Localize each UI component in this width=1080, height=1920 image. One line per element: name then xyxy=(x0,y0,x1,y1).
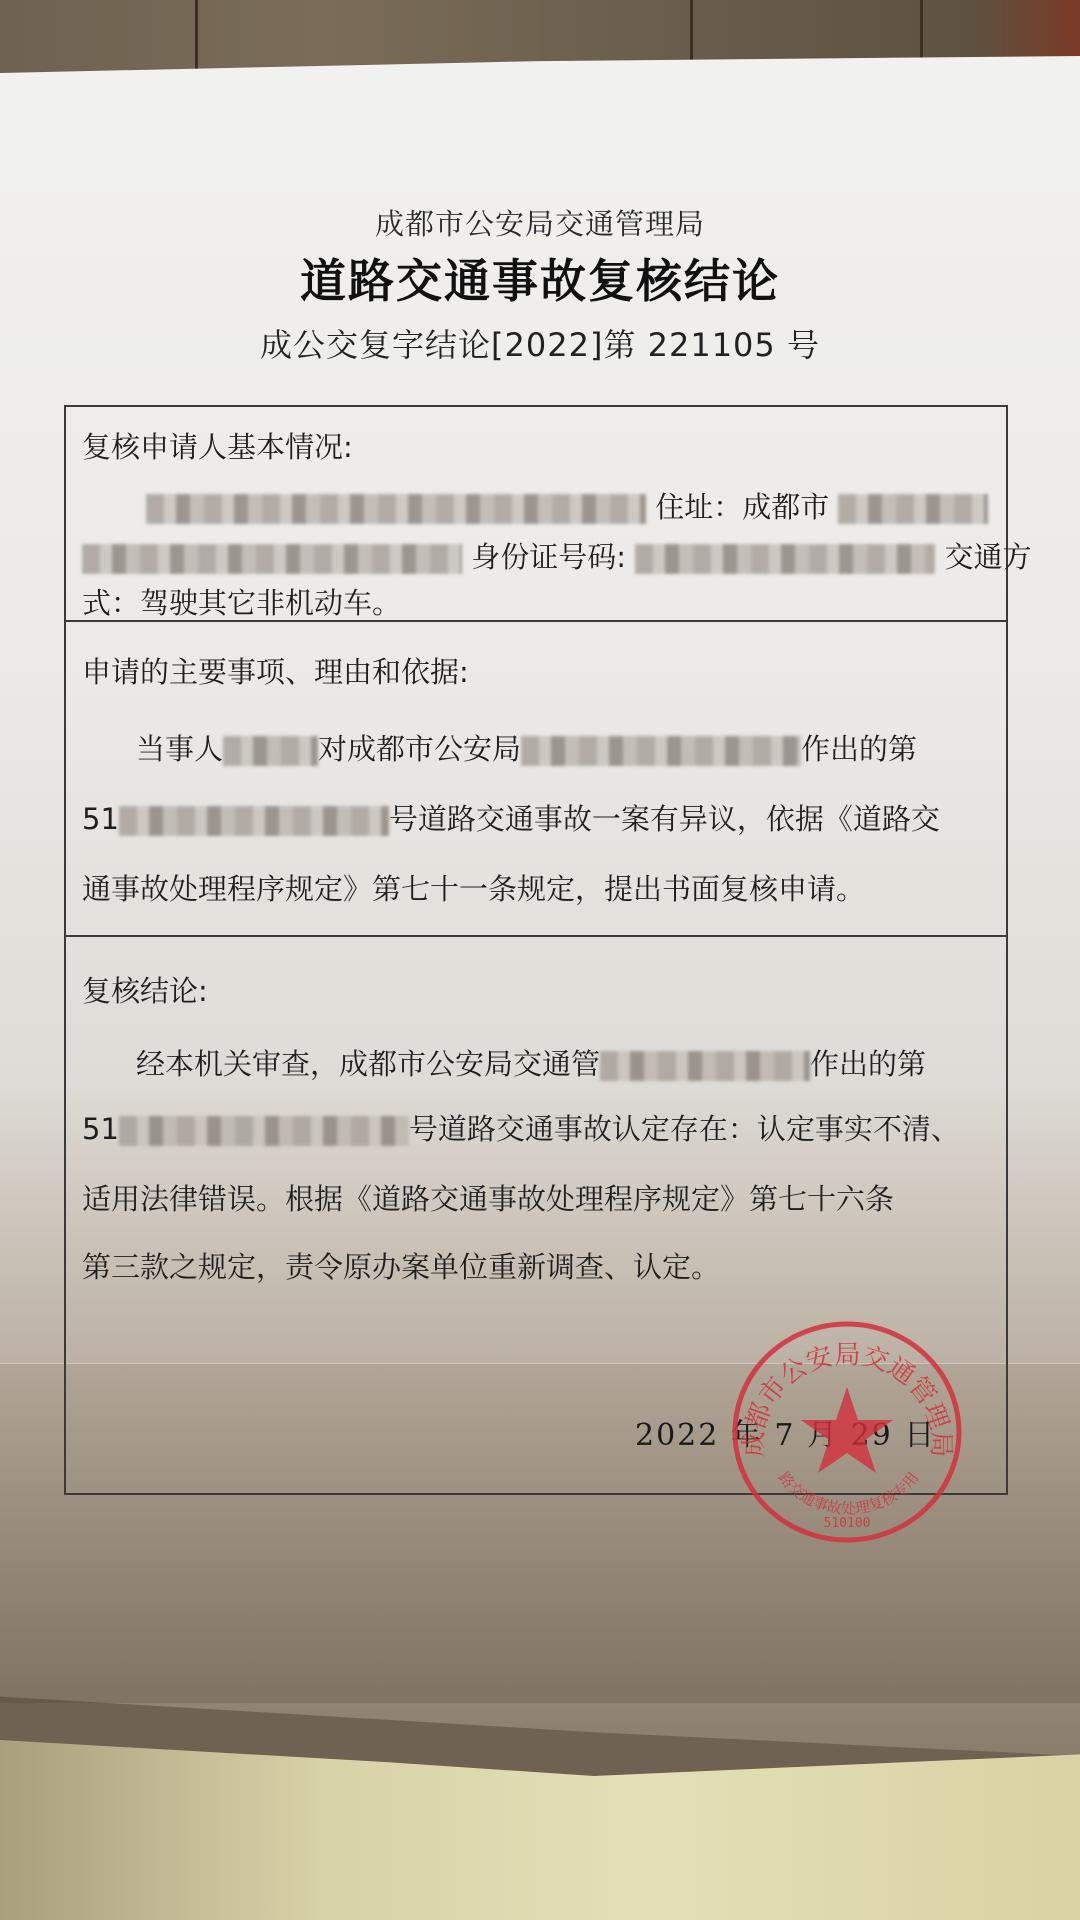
request-line-2: 51号道路交通事故一案有异议，依据《道路交 xyxy=(82,797,988,838)
applicant-line-3: 式：驾驶其它非机动车。 xyxy=(82,581,988,622)
issuing-organization: 成都市公安局交通管理局 xyxy=(0,202,1080,243)
section-label: 申请的主要事项、理由和依据: xyxy=(82,650,469,691)
conclusion-line-2: 51号道路交通事故认定存在：认定事实不清、 xyxy=(82,1107,988,1148)
request-line-1: 当事人对成都市公安局作出的第 xyxy=(136,727,988,768)
redacted-case-number xyxy=(119,806,389,836)
section-label: 复核申请人基本情况: xyxy=(82,425,353,466)
redacted-party-name xyxy=(223,736,318,766)
request-line-3: 通事故处理程序规定》第七十一条规定，提出书面复核申请。 xyxy=(82,867,988,908)
seal-code: 510100 xyxy=(824,1516,871,1531)
redacted-id-number xyxy=(635,544,935,574)
official-seal-icon: 成都市公安局交通管理局 道路交通事故处理复核专用章 510100 xyxy=(725,1315,970,1550)
applicant-line-2: 身份证号码: 交通方 xyxy=(82,535,988,576)
conclusion-line-4: 第三款之规定，责令原办案单位重新调查、认定。 xyxy=(82,1245,988,1286)
background-fabric xyxy=(0,1740,1080,1920)
conclusion-line-1: 经本机关审查，成都市公安局交通管作出的第 xyxy=(136,1042,988,1083)
redacted-name xyxy=(146,494,646,524)
redacted-address-cont xyxy=(82,544,462,574)
section-applicant-info: 复核申请人基本情况: 住址：成都市 身份证号码: 交通方 式：驾驶其它非机动车。 xyxy=(66,407,1006,622)
section-label: 复核结论: xyxy=(82,969,208,1010)
document-number: 成公交复字结论[2022]第 221105 号 xyxy=(0,320,1080,366)
document-title: 道路交通事故复核结论 xyxy=(0,245,1080,311)
redacted-department xyxy=(600,1051,810,1081)
redacted-case-number xyxy=(119,1116,409,1146)
redacted-address xyxy=(838,494,988,524)
redacted-department xyxy=(521,736,801,766)
applicant-line-1: 住址：成都市 xyxy=(146,485,988,526)
section-request: 申请的主要事项、理由和依据: 当事人对成都市公安局作出的第 51号道路交通事故一… xyxy=(66,622,1006,937)
conclusion-line-3: 适用法律错误。根据《道路交通事故处理程序规定》第七十六条 xyxy=(82,1177,988,1218)
